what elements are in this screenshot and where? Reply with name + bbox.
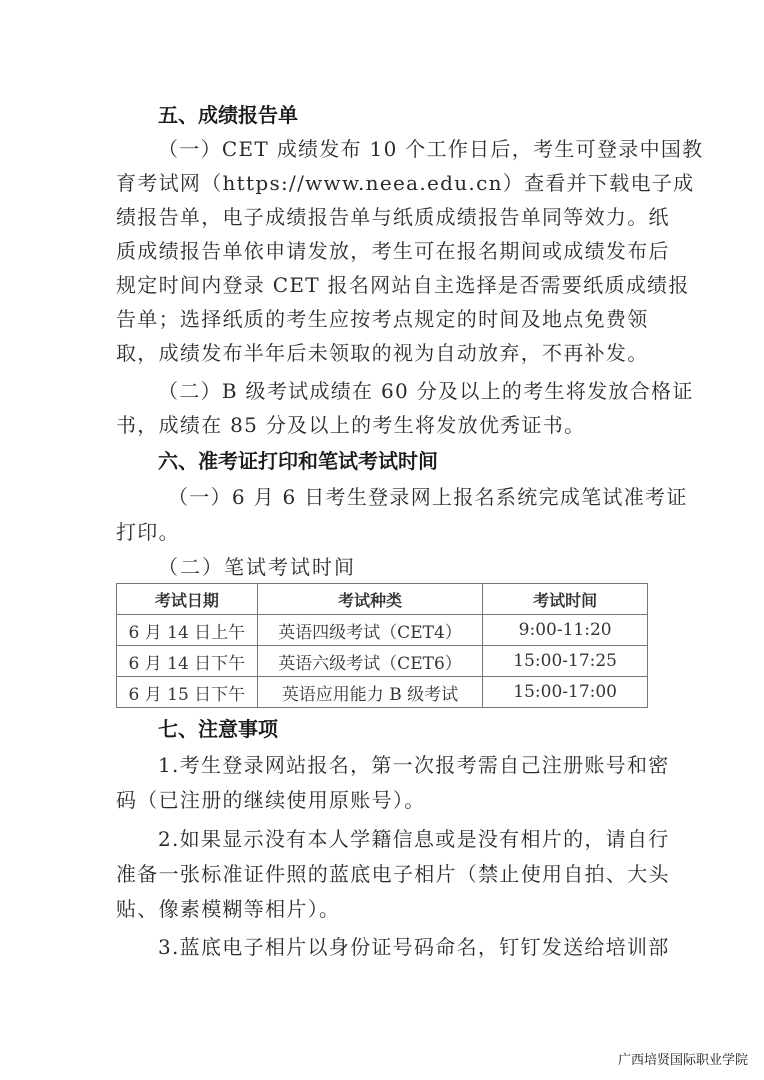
paragraph-line: 打印。 xyxy=(116,515,648,549)
paragraph-line: 规定时间内登录 CET 报名网站自主选择是否需要纸质成绩报 xyxy=(116,268,648,302)
header-exam-date: 考试日期 xyxy=(117,584,258,615)
section-heading-7: 七、注意事项 xyxy=(158,712,278,746)
header-exam-time: 考试时间 xyxy=(483,584,648,615)
paragraph-line: 贴、像素模糊等相片）。 xyxy=(116,892,648,926)
cell-date: 6 月 15 日下午 xyxy=(117,677,258,708)
table-row: 6 月 14 日上午 英语四级考试（CET4） 9:00-11:20 xyxy=(117,615,648,646)
paragraph-line: 告单；选择纸质的考生应按考点规定的时间及地点免费领 xyxy=(116,302,648,336)
paragraph-line: 3.蓝底电子相片以身份证号码命名，钉钉发送给培训部 xyxy=(158,930,648,964)
paragraph-line: 取，成绩发布半年后未领取的视为自动放弃，不再补发。 xyxy=(116,336,648,370)
header-exam-type: 考试种类 xyxy=(257,584,483,615)
cell-type: 英语四级考试（CET4） xyxy=(257,615,483,646)
paragraph-line: （二）B 级考试成绩在 60 分及以上的考生将发放合格证 xyxy=(158,374,648,408)
cell-type: 英语应用能力 B 级考试 xyxy=(257,677,483,708)
section-heading-5: 五、成绩报告单 xyxy=(158,98,298,132)
cell-time: 9:00-11:20 xyxy=(483,615,648,646)
paragraph-line: 码（已注册的继续使用原账号）。 xyxy=(116,783,648,817)
section-heading-6: 六、准考证打印和笔试考试时间 xyxy=(158,444,438,478)
cell-time: 15:00-17:25 xyxy=(483,646,648,677)
cell-date: 6 月 14 日上午 xyxy=(117,615,258,646)
paragraph-line: 1.考生登录网站报名，第一次报考需自己注册账号和密 xyxy=(158,748,648,782)
paragraph-line: （一）CET 成绩发布 10 个工作日后，考生可登录中国教 xyxy=(158,132,648,166)
document-page: 五、成绩报告单 （一）CET 成绩发布 10 个工作日后，考生可登录中国教 育考… xyxy=(0,0,764,1080)
paragraph-line: 书，成绩在 85 分及以上的考生将发放优秀证书。 xyxy=(116,408,648,442)
paragraph-line: 准备一张标准证件照的蓝底电子相片（禁止使用自拍、大头 xyxy=(116,857,648,891)
table-row: 6 月 15 日下午 英语应用能力 B 级考试 15:00-17:00 xyxy=(117,677,648,708)
exam-schedule-table: 考试日期 考试种类 考试时间 6 月 14 日上午 英语四级考试（CET4） 9… xyxy=(116,583,648,708)
sub-heading-exam-time: （二）笔试考试时间 xyxy=(158,550,356,584)
table-header-row: 考试日期 考试种类 考试时间 xyxy=(117,584,648,615)
watermark-label: 广西培贤国际职业学院 xyxy=(618,1049,748,1068)
paragraph-line: （一）6 月 6 日考生登录网上报名系统完成笔试准考证 xyxy=(168,480,648,514)
paragraph-line: 2.如果显示没有本人学籍信息或是没有相片的，请自行 xyxy=(158,822,648,856)
cell-type: 英语六级考试（CET6） xyxy=(257,646,483,677)
table-row: 6 月 14 日下午 英语六级考试（CET6） 15:00-17:25 xyxy=(117,646,648,677)
paragraph-line: 绩报告单，电子成绩报告单与纸质成绩报告单同等效力。纸 xyxy=(116,200,648,234)
paragraph-line: 育考试网（https://www.neea.edu.cn）查看并下载电子成 xyxy=(116,166,648,200)
cell-time: 15:00-17:00 xyxy=(483,677,648,708)
paragraph-line: 质成绩报告单依申请发放，考生可在报名期间或成绩发布后 xyxy=(116,234,648,268)
cell-date: 6 月 14 日下午 xyxy=(117,646,258,677)
